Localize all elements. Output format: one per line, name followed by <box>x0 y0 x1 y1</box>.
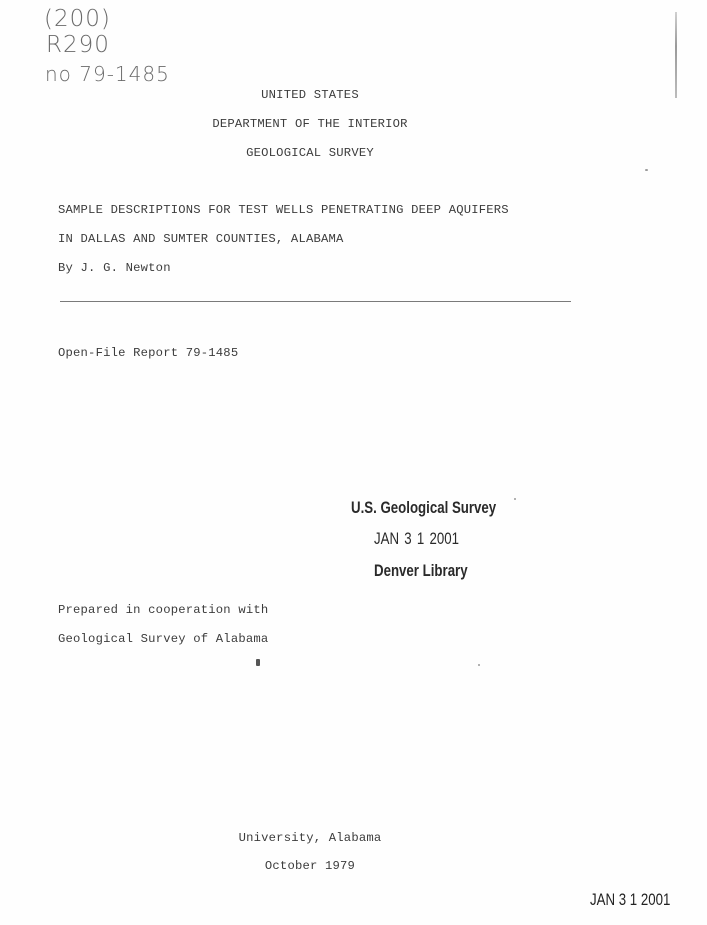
scan-edge-line <box>675 12 677 98</box>
author: By J. G. Newton <box>58 261 171 275</box>
scan-mark <box>256 659 260 666</box>
scan-speck <box>514 498 516 500</box>
header-geological-survey: GEOLOGICAL SURVEY <box>210 146 410 160</box>
horizontal-rule <box>60 301 571 302</box>
header-department: DEPARTMENT OF THE INTERIOR <box>195 117 425 131</box>
scan-speck <box>478 664 480 666</box>
library-stamp-date: JAN 3 1 2001 <box>374 529 459 549</box>
footer-place: University, Alabama <box>210 831 410 845</box>
cooperation-line2: Geological Survey of Alabama <box>58 632 268 646</box>
handwritten-note-line1: (200) <box>44 6 111 32</box>
library-stamp-library: Denver Library <box>374 561 468 581</box>
report-number: Open-File Report 79-1485 <box>58 346 238 360</box>
handwritten-note-line3: no 79-1485 <box>45 62 170 86</box>
date-stamp: JAN 3 1 2001 <box>590 890 670 910</box>
library-stamp-agency: U.S. Geological Survey <box>351 498 496 518</box>
title-line1: SAMPLE DESCRIPTIONS FOR TEST WELLS PENET… <box>58 203 509 217</box>
title-line2: IN DALLAS AND SUMTER COUNTIES, ALABAMA <box>58 232 344 246</box>
scan-speck <box>645 169 648 171</box>
header-united-states: UNITED STATES <box>210 88 410 102</box>
cooperation-line1: Prepared in cooperation with <box>58 603 268 617</box>
handwritten-note-line2: R290 <box>46 32 110 58</box>
footer-date: October 1979 <box>210 859 410 873</box>
